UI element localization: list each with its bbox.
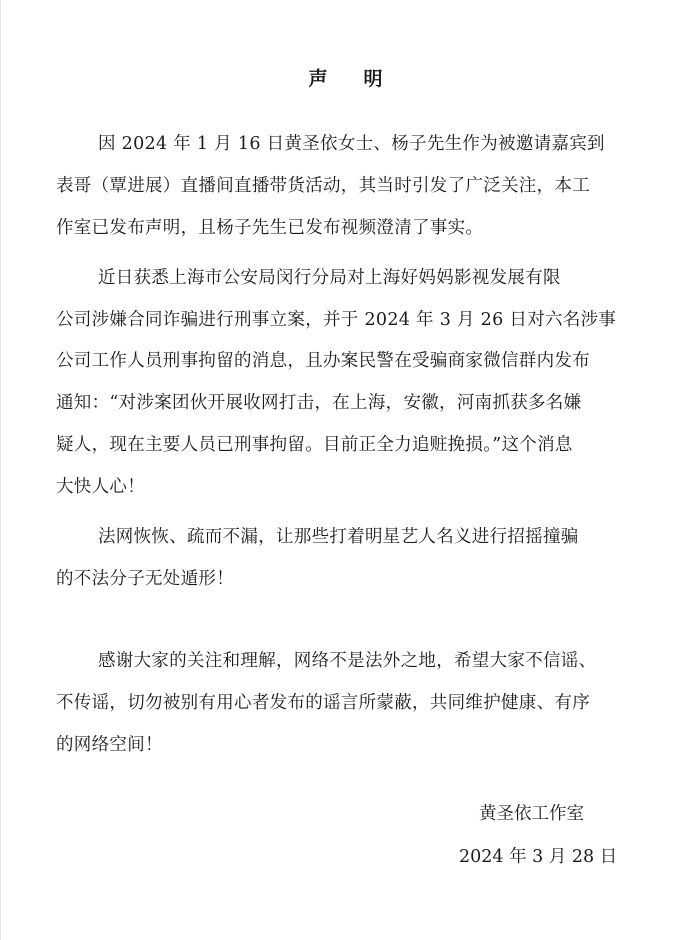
signature-date: 2024 年 3 月 28 日 (459, 843, 617, 868)
paragraph-4-line-1: 感谢大家的关注和理解，网络不是法外之地，希望大家不信谣、 (98, 647, 596, 672)
paragraph-4-line-2: 不传谣，切勿被别有用心者发布的谣言所蒙蔽，共同维护健康、有序 (56, 689, 590, 714)
paragraph-3-line-1: 法网恢恢、疏而不漏，让那些打着明星艺人名义进行招摇撞骗 (98, 523, 579, 548)
paragraph-2-line-3: 公司工作人员刑事拘留的消息，且办案民警在受骗商家微信群内发布 (56, 347, 590, 372)
paragraph-2-line-6: 大快人心！ (56, 473, 145, 498)
paragraph-2-line-5: 疑人，现在主要人员已刑事拘留。目前正全力追赃挽损。”这个消息 (56, 431, 573, 456)
paragraph-1-line-1: 因 2024 年 1 月 16 日黄圣依女士、杨子先生作为被邀请嘉宾到 (98, 130, 605, 155)
signature-org: 黄圣依工作室 (479, 800, 584, 825)
paragraph-3-line-2: 的不法分子无处遁形！ (56, 565, 234, 590)
paragraph-1-line-2: 表哥（覃进展）直播间直播带货活动，其当时引发了广泛关注，本工 (56, 172, 590, 197)
paragraph-1-line-3: 作室已发布声明，且杨子先生已发布视频澄清了事实。 (56, 214, 483, 239)
paragraph-2-line-1: 近日获悉上海市公安局闵行分局对上海好妈妈影视发展有限 (98, 264, 561, 289)
paragraph-2-line-4: 通知：“对涉案团伙开展收网打击，在上海，安徽，河南抓获多名嫌 (56, 389, 581, 414)
paragraph-2-line-2: 公司涉嫌合同诈骗进行刑事立案，并于 2024 年 3 月 26 日对六名涉事 (56, 306, 616, 331)
statement-page: 声明 因 2024 年 1 月 16 日黄圣依女士、杨子先生作为被邀请嘉宾到 表… (0, 0, 689, 940)
document-title: 声明 (1, 64, 689, 91)
paragraph-4-line-3: 的网络空间！ (56, 731, 163, 756)
